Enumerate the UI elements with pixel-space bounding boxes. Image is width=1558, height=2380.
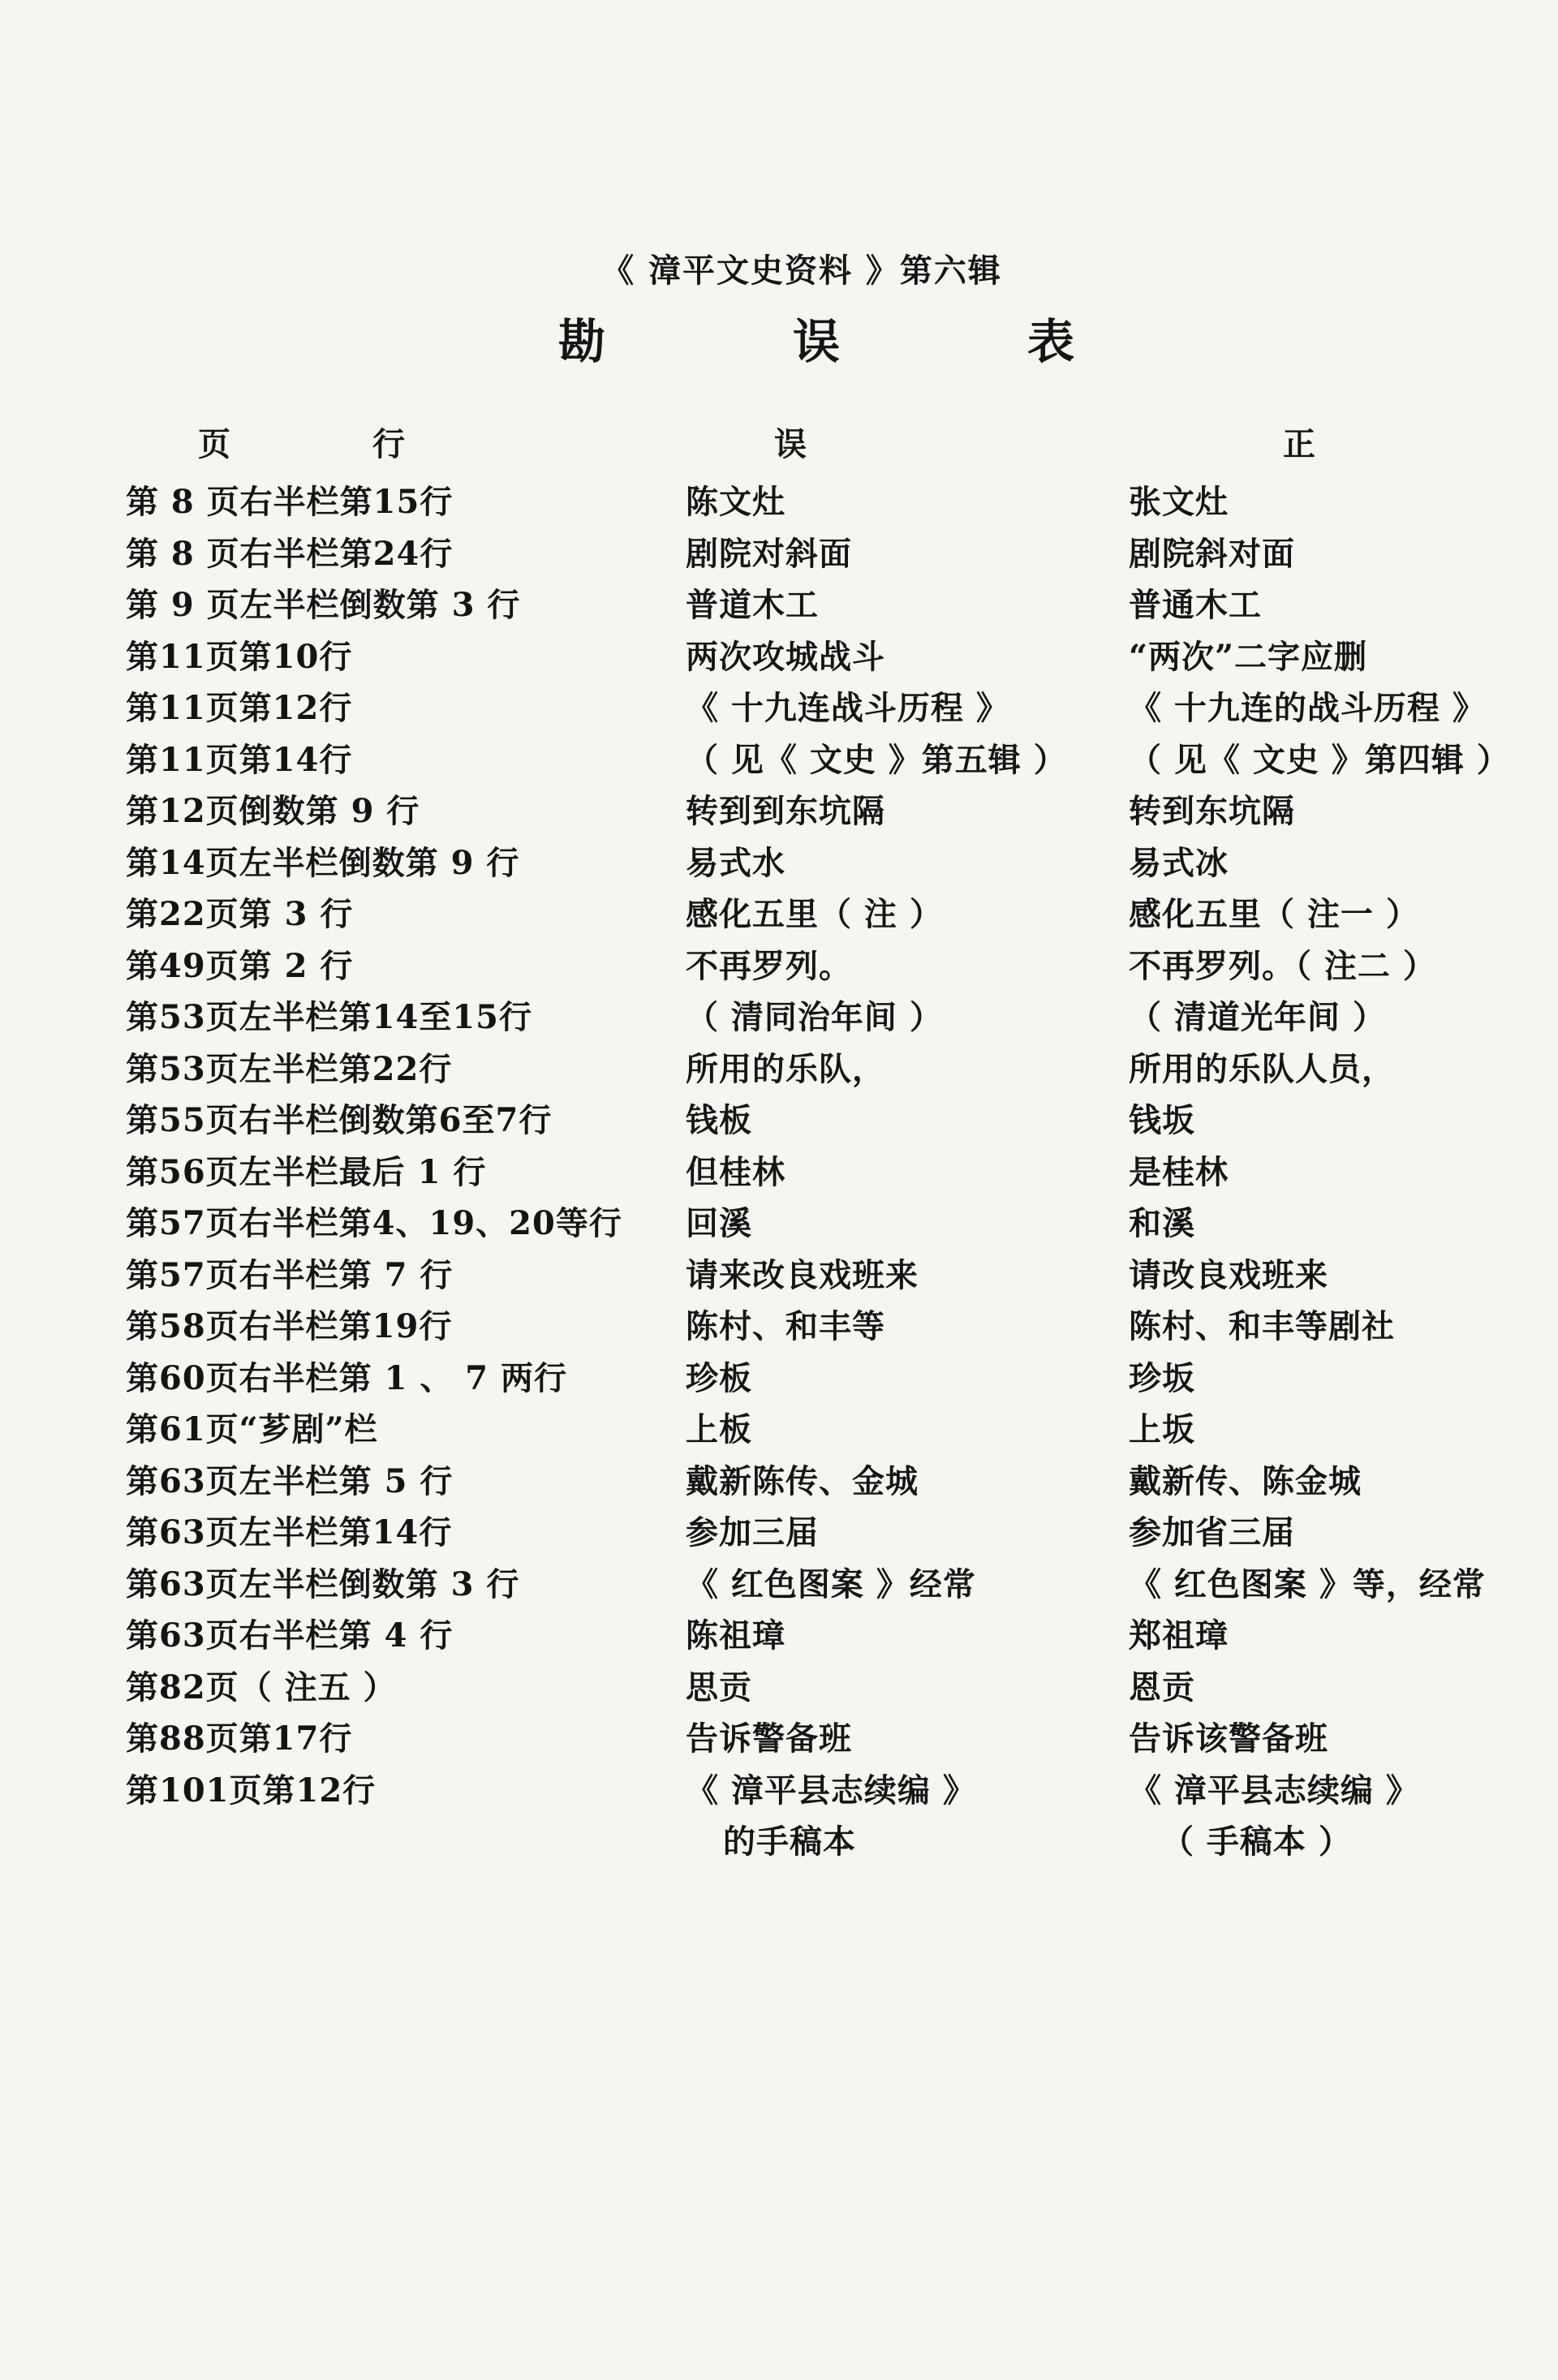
- errata-cell-right: 易式冰: [1129, 837, 1558, 884]
- errata-cell-right: 恩贡: [1129, 1662, 1558, 1708]
- errata-row: 第101页第12行《 漳平县志续编 》《 漳平县志续编 》: [126, 1762, 1558, 1814]
- errata-cell-wrong: 回溪: [686, 1198, 1129, 1244]
- errata-cell-loc: 第49页第 2 行: [126, 940, 686, 987]
- errata-cell-right: 感化五里（ 注一 ）: [1129, 889, 1558, 935]
- errata-cell-right: 陈村、和丰等剧社: [1129, 1301, 1558, 1347]
- errata-row: 第82页（ 注五 ）思贡恩贡: [126, 1659, 1558, 1711]
- errata-row: 第14页左半栏倒数第 9 行易式水易式冰: [126, 835, 1558, 887]
- errata-cell-right: 《 漳平县志续编 》: [1129, 1765, 1558, 1811]
- errata-cell-wrong: 易式水: [686, 837, 1129, 884]
- errata-cell-loc: 第56页左半栏最后 1 行: [126, 1147, 686, 1193]
- errata-table: 第 8 页右半栏第15行陈文灶张文灶第 8 页右半栏第24行剧院对斜面剧院斜对面…: [126, 474, 1558, 1866]
- errata-cell-loc: 第22页第 3 行: [126, 889, 686, 935]
- errata-cell-right: 告诉该警备班: [1129, 1713, 1558, 1759]
- errata-row: 第 8 页右半栏第15行陈文灶张文灶: [126, 474, 1558, 526]
- errata-cell-loc: 第11页第12行: [126, 682, 686, 729]
- errata-cell-right: 钱坂: [1129, 1095, 1558, 1141]
- errata-cell-loc: 第57页右半栏第4、19、20等行: [126, 1198, 686, 1244]
- errata-cell-right: 参加省三届: [1129, 1507, 1558, 1553]
- errata-cell-right: （ 见《 文史 》第四辑 ）: [1129, 734, 1558, 781]
- errata-cell-loc: 第 8 页右半栏第24行: [126, 528, 686, 575]
- errata-cell-loc: 第 8 页右半栏第15行: [126, 476, 686, 523]
- page-title-char-1: 勘: [558, 315, 605, 368]
- errata-cell-loc: 第11页第10行: [126, 631, 686, 678]
- page-title-char-2: 误: [793, 315, 840, 368]
- errata-row: 第60页右半栏第 1 、 7 两行珍板珍坂: [126, 1350, 1558, 1402]
- page-title: 勘 误 表: [558, 315, 1074, 368]
- errata-cell-loc: 第63页左半栏倒数第 3 行: [126, 1559, 686, 1605]
- errata-cell-wrong: （ 见《 文史 》第五辑 ）: [686, 734, 1129, 781]
- errata-row: 第63页左半栏第14行参加三届参加省三届: [126, 1504, 1558, 1556]
- errata-cell-wrong: 陈祖璋: [686, 1610, 1129, 1656]
- errata-row: 第61页“芗剧”栏上板上坂: [126, 1401, 1558, 1453]
- errata-cell-wrong: 戴新陈传、金城: [686, 1456, 1129, 1502]
- errata-row: 第58页右半栏第19行陈村、和丰等陈村、和丰等剧社: [126, 1298, 1558, 1350]
- document-page: 《 漳平文史资料 》第六辑 勘 误 表 页 行 误 正 第 8 页右半栏第15行…: [0, 0, 1558, 2380]
- errata-cell-right: 《 红色图案 》等，经常: [1129, 1559, 1558, 1605]
- errata-cell-loc: 第11页第14行: [126, 734, 686, 781]
- errata-cell-wrong: 珍板: [686, 1353, 1129, 1399]
- header-wrong-column: 误: [774, 419, 807, 465]
- errata-cell-loc: 第53页左半栏第14至15行: [126, 992, 686, 1038]
- errata-cell-right: 普通木工: [1129, 579, 1558, 626]
- errata-cell-loc: 第60页右半栏第 1 、 7 两行: [126, 1353, 686, 1399]
- errata-cell-right: “两次”二字应删: [1129, 631, 1558, 678]
- errata-cell-wrong: 剧院对斜面: [686, 528, 1129, 575]
- errata-row: 第53页左半栏第14至15行（ 清同治年间 ）（ 清道光年间 ）: [126, 989, 1558, 1041]
- errata-cell-loc: 第55页右半栏倒数第6至7行: [126, 1095, 686, 1141]
- errata-row: 第63页左半栏第 5 行戴新陈传、金城戴新传、陈金城: [126, 1453, 1558, 1505]
- errata-cell-right: （ 手稿本 ）: [1129, 1816, 1558, 1862]
- errata-row: 第11页第12行《 十九连战斗历程 》《 十九连的战斗历程 》: [126, 680, 1558, 732]
- errata-cell-loc: 第53页左半栏第22行: [126, 1044, 686, 1090]
- errata-cell-right: 戴新传、陈金城: [1129, 1456, 1558, 1502]
- errata-cell-wrong: 感化五里（ 注 ）: [686, 889, 1129, 935]
- errata-cell-right: （ 清道光年间 ）: [1129, 992, 1558, 1038]
- errata-cell-loc: 第14页左半栏倒数第 9 行: [126, 837, 686, 884]
- errata-cell-right: 珍坂: [1129, 1353, 1558, 1399]
- errata-row: 第63页右半栏第 4 行陈祖璋郑祖璋: [126, 1607, 1558, 1659]
- errata-cell-wrong: 两次攻城战斗: [686, 631, 1129, 678]
- header-right-column: 正: [1283, 419, 1315, 465]
- errata-row: 第53页左半栏第22行所用的乐队，所用的乐队人员，: [126, 1041, 1558, 1093]
- errata-cell-wrong: 思贡: [686, 1662, 1129, 1708]
- errata-cell-wrong: 陈文灶: [686, 476, 1129, 523]
- errata-cell-right: 是桂林: [1129, 1147, 1558, 1193]
- errata-cell-loc: 第63页左半栏第 5 行: [126, 1456, 686, 1502]
- errata-row: 第12页倒数第 9 行转到到东坑隔转到东坑隔: [126, 783, 1558, 835]
- errata-row: 第 8 页右半栏第24行剧院对斜面剧院斜对面: [126, 526, 1558, 578]
- errata-cell-wrong: 所用的乐队，: [686, 1044, 1129, 1090]
- header-page-column: 页: [198, 419, 230, 465]
- errata-cell-wrong: （ 清同治年间 ）: [686, 992, 1129, 1038]
- errata-cell-wrong: 钱板: [686, 1095, 1129, 1141]
- errata-row: 第55页右半栏倒数第6至7行钱板钱坂: [126, 1092, 1558, 1144]
- errata-cell-loc: 第88页第17行: [126, 1713, 686, 1759]
- errata-cell-right: 上坂: [1129, 1404, 1558, 1450]
- errata-row: 第 9 页左半栏倒数第 3 行普道木工普通木工: [126, 577, 1558, 629]
- errata-row: 第57页右半栏第 7 行请来改良戏班来请改良戏班来: [126, 1247, 1558, 1299]
- errata-row: 第63页左半栏倒数第 3 行《 红色图案 》经常《 红色图案 》等，经常: [126, 1556, 1558, 1608]
- errata-cell-wrong: 《 红色图案 》经常: [686, 1559, 1129, 1605]
- errata-row: 第22页第 3 行感化五里（ 注 ）感化五里（ 注一 ）: [126, 886, 1558, 938]
- errata-cell-loc: 第12页倒数第 9 行: [126, 785, 686, 832]
- errata-cell-loc: 第61页“芗剧”栏: [126, 1404, 686, 1450]
- errata-cell-loc: 第63页右半栏第 4 行: [126, 1610, 686, 1656]
- header-line-column: 行: [372, 419, 405, 465]
- errata-row: 第57页右半栏第4、19、20等行回溪和溪: [126, 1195, 1558, 1247]
- errata-cell-right: 剧院斜对面: [1129, 528, 1558, 575]
- errata-cell-right: 转到东坑隔: [1129, 785, 1558, 832]
- errata-row: 第56页左半栏最后 1 行但桂林是桂林: [126, 1144, 1558, 1196]
- errata-cell-wrong: 陈村、和丰等: [686, 1301, 1129, 1347]
- errata-cell-right: 请改良戏班来: [1129, 1250, 1558, 1296]
- errata-row: 第11页第10行两次攻城战斗“两次”二字应删: [126, 629, 1558, 681]
- errata-cell-right: 郑祖璋: [1129, 1610, 1558, 1656]
- errata-cell-wrong: 不再罗列。: [686, 940, 1129, 987]
- errata-cell-loc: 第63页左半栏第14行: [126, 1507, 686, 1553]
- errata-cell-loc: 第101页第12行: [126, 1765, 686, 1811]
- errata-cell-wrong: 普道木工: [686, 579, 1129, 626]
- errata-cell-wrong: 转到到东坑隔: [686, 785, 1129, 832]
- errata-row: 的手稿本（ 手稿本 ）: [126, 1814, 1558, 1866]
- series-title: 《 漳平文史资料 》第六辑: [0, 245, 1558, 291]
- page-title-char-3: 表: [1027, 315, 1074, 368]
- errata-cell-wrong: 请来改良戏班来: [686, 1250, 1129, 1296]
- errata-cell-wrong: 的手稿本: [686, 1816, 1129, 1862]
- errata-row: 第49页第 2 行不再罗列。不再罗列。（ 注二 ）: [126, 938, 1558, 990]
- errata-cell-right: 不再罗列。（ 注二 ）: [1129, 940, 1558, 987]
- errata-cell-wrong: 《 漳平县志续编 》: [686, 1765, 1129, 1811]
- errata-row: 第11页第14行（ 见《 文史 》第五辑 ）（ 见《 文史 》第四辑 ）: [126, 732, 1558, 784]
- errata-cell-wrong: 告诉警备班: [686, 1713, 1129, 1759]
- errata-cell-wrong: 但桂林: [686, 1147, 1129, 1193]
- errata-row: 第88页第17行告诉警备班告诉该警备班: [126, 1711, 1558, 1762]
- errata-cell-wrong: 《 十九连战斗历程 》: [686, 682, 1129, 729]
- errata-cell-wrong: 上板: [686, 1404, 1129, 1450]
- errata-cell-loc: 第57页右半栏第 7 行: [126, 1250, 686, 1296]
- errata-cell-loc: 第 9 页左半栏倒数第 3 行: [126, 579, 686, 626]
- errata-cell-wrong: 参加三届: [686, 1507, 1129, 1553]
- errata-cell-right: 和溪: [1129, 1198, 1558, 1244]
- errata-cell-right: 张文灶: [1129, 476, 1558, 523]
- errata-cell-loc: 第82页（ 注五 ）: [126, 1662, 686, 1708]
- errata-cell-right: 所用的乐队人员，: [1129, 1044, 1558, 1090]
- errata-cell-right: 《 十九连的战斗历程 》: [1129, 682, 1558, 729]
- errata-cell-loc: 第58页右半栏第19行: [126, 1301, 686, 1347]
